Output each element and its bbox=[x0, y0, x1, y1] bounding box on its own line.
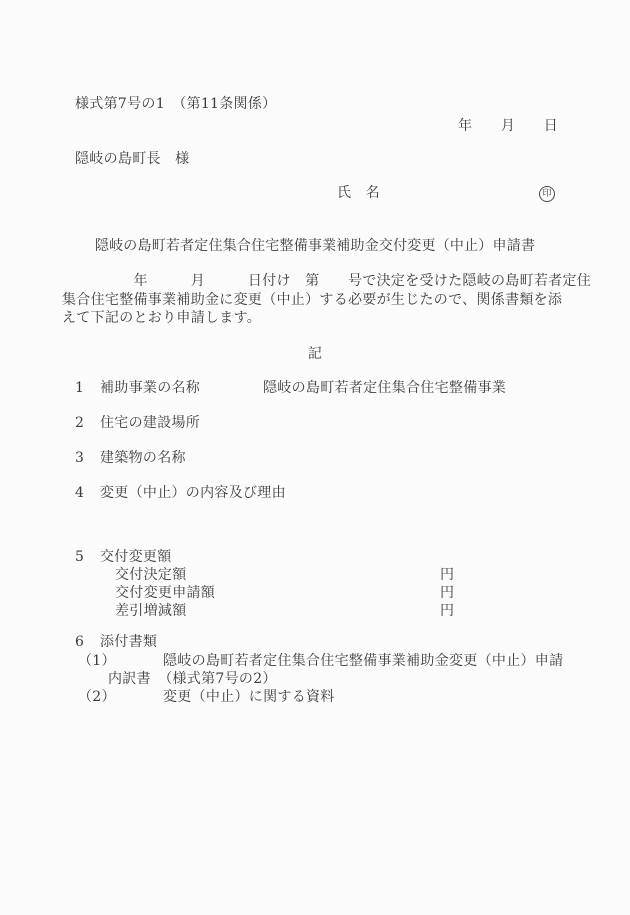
item-label: 交付変更額 bbox=[100, 548, 172, 566]
item-label: 添付書類 bbox=[100, 633, 157, 651]
form-number: 様式第7号の1 （第11条関係） bbox=[75, 95, 276, 113]
item-label: 変更（中止）の内容及び理由 bbox=[100, 484, 286, 502]
seal-icon: 印 bbox=[539, 186, 555, 202]
amount-label: 交付決定額 bbox=[115, 566, 187, 584]
date-line: 年 月 日 bbox=[458, 117, 558, 135]
record-mark: 記 bbox=[0, 345, 630, 363]
application-form-page: 様式第7号の1 （第11条関係） 年 月 日 隠岐の島町長 様 氏 名 印 隠岐… bbox=[0, 0, 630, 915]
body-paragraph-line3: えて下記のとおり申請します。 bbox=[62, 309, 261, 327]
addressee: 隠岐の島町長 様 bbox=[75, 150, 189, 168]
item-label: 建築物の名称 bbox=[100, 449, 186, 467]
item-number: 6 bbox=[75, 633, 84, 651]
attachment-text: 変更（中止）に関する資料 bbox=[163, 688, 335, 706]
item-number: 4 bbox=[75, 484, 84, 502]
item-label: 補助事業の名称 bbox=[100, 379, 200, 397]
amount-unit: 円 bbox=[440, 584, 454, 602]
item-number: 3 bbox=[75, 449, 84, 467]
page-title: 隠岐の島町若者定住集合住宅整備事業補助金交付変更（中止）申請書 bbox=[0, 237, 630, 255]
body-paragraph-line2: 集合住宅整備事業補助金に変更（中止）する必要が生じたので、関係書類を添 bbox=[62, 291, 562, 309]
attachment-number: （2） bbox=[78, 688, 116, 706]
item-number: 2 bbox=[75, 414, 84, 432]
attachment-text: 隠岐の島町若者定住集合住宅整備事業補助金変更（中止）申請 bbox=[163, 652, 563, 670]
item-value: 隠岐の島町若者定住集合住宅整備事業 bbox=[263, 379, 506, 397]
body-paragraph-line1: 年 月 日付け 第 号で決定を受けた隠岐の島町若者定住 bbox=[62, 272, 591, 290]
attachment-number: （1） bbox=[78, 652, 116, 670]
amount-label: 交付変更申請額 bbox=[115, 584, 215, 602]
item-number: 1 bbox=[75, 379, 84, 397]
item-label: 住宅の建設場所 bbox=[100, 414, 200, 432]
amount-unit: 円 bbox=[440, 602, 454, 620]
amount-label: 差引増減額 bbox=[115, 602, 187, 620]
item-number: 5 bbox=[75, 548, 84, 566]
amount-unit: 円 bbox=[440, 566, 454, 584]
applicant-name-label: 氏 名 bbox=[337, 184, 380, 202]
attachment-text-continued: 内訳書 （様式第7号の2） bbox=[108, 670, 277, 688]
